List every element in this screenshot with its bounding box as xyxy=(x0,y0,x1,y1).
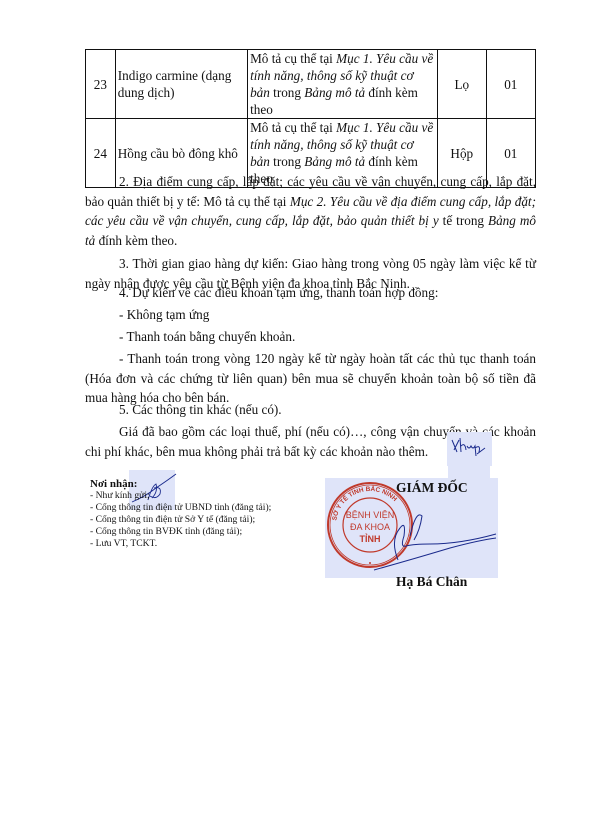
recipient-item: - Cổng thông tin BVĐK tỉnh (đăng tải); xyxy=(90,526,271,538)
section-5-title: 5. Các thông tin khác (nếu có). xyxy=(85,400,536,420)
section-4-title: 4. Dự kiến về các điều khoản tạm ứng, th… xyxy=(85,283,536,303)
section-2-delivery-location: 2. Địa điểm cung cấp, lắp đặt; các yêu c… xyxy=(85,172,536,250)
recipient-item: - Như kính gửi; xyxy=(90,490,271,502)
item-unit: Lọ xyxy=(438,50,487,119)
director-title: GIÁM ĐỐC xyxy=(396,480,468,496)
table-row: 23 Indigo carmine (dạng dung dịch) Mô tả… xyxy=(86,50,536,119)
recipient-item: - Lưu VT, TCKT. xyxy=(90,538,271,550)
equipment-table: 23 Indigo carmine (dạng dung dịch) Mô tả… xyxy=(85,49,536,188)
director-signature-icon xyxy=(370,500,500,575)
director-name: Hạ Bá Chân xyxy=(396,574,467,590)
recipient-item: - Cổng thông tin điện tử UBND tỉnh (đăng… xyxy=(90,502,271,514)
item-name: Indigo carmine (dạng dung dịch) xyxy=(115,50,247,119)
recipients-list: Nơi nhận: - Như kính gửi; - Cổng thông t… xyxy=(90,478,271,550)
row-number: 23 xyxy=(86,50,116,119)
payment-term-1: - Không tạm ứng xyxy=(85,305,536,325)
item-description: Mô tả cụ thể tại Mục 1. Yêu cầu về tính … xyxy=(248,50,438,119)
payment-term-3: - Thanh toán trong vòng 120 ngày kể từ n… xyxy=(85,349,536,408)
recipient-item: - Cổng thông tin điện tử Sở Y tế (đăng t… xyxy=(90,514,271,526)
document-page: 23 Indigo carmine (dạng dung dịch) Mô tả… xyxy=(0,0,592,826)
initial-signature-icon xyxy=(449,434,491,464)
item-quantity: 01 xyxy=(486,50,535,119)
payment-term-2: - Thanh toán bằng chuyển khoản. xyxy=(85,327,536,347)
recipients-title: Nơi nhận: xyxy=(90,478,271,490)
signature-highlight-top xyxy=(448,466,490,480)
